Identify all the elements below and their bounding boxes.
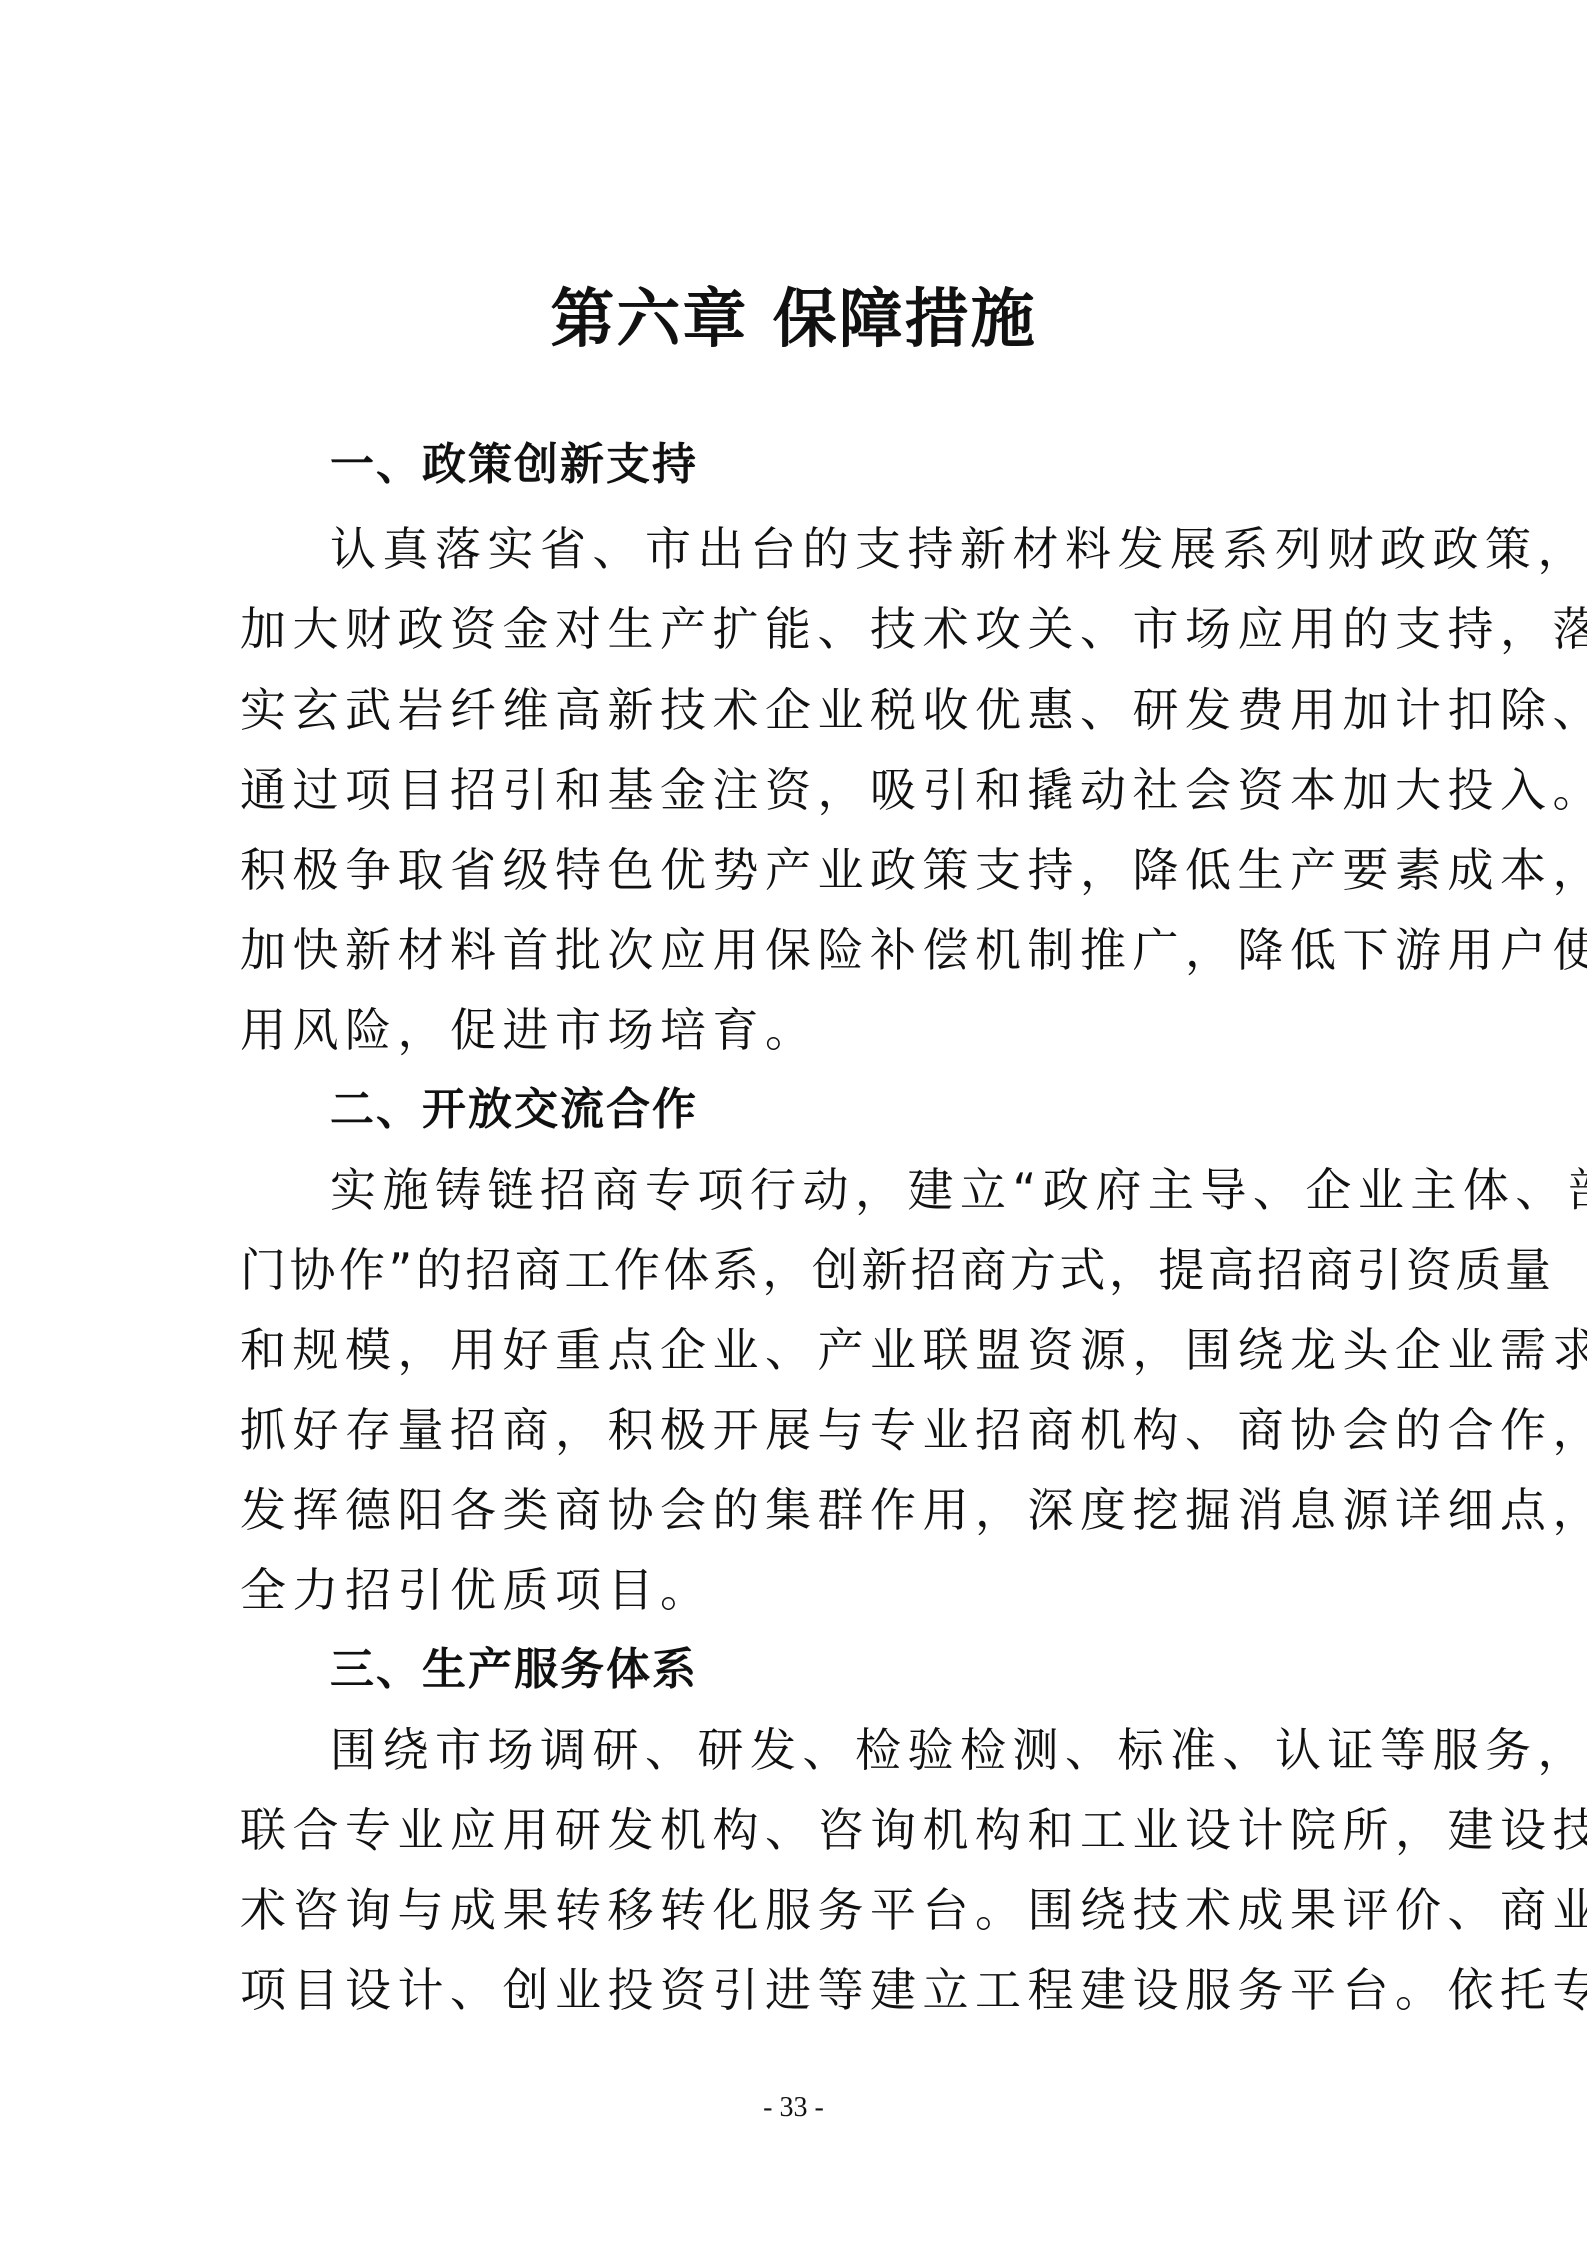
paragraph-line: 加快新材料首批次应用保险补偿机制推广，降低下游用户使	[240, 920, 1370, 980]
chapter-title: 第六章 保障措施	[0, 282, 1587, 358]
paragraph-line: 和规模，用好重点企业、产业联盟资源，围绕龙头企业需求	[240, 1320, 1370, 1380]
section-heading-1: 一、政策创新支持	[330, 435, 1460, 495]
paragraph-line: 加大财政资金对生产扩能、技术攻关、市场应用的支持，落	[240, 599, 1370, 659]
paragraph-line: 用风险，促进市场培育。	[240, 1000, 1370, 1060]
paragraph-line: 发挥德阳各类商协会的集群作用，深度挖掘消息源详细点，	[240, 1480, 1370, 1540]
page-number: - 33 -	[0, 2090, 1587, 2126]
paragraph-line: 积极争取省级特色优势产业政策支持，降低生产要素成本，	[240, 840, 1370, 900]
paragraph-line: 联合专业应用研发机构、咨询机构和工业设计院所，建设技	[240, 1800, 1370, 1860]
paragraph-line: 实玄武岩纤维高新技术企业税收优惠、研发费用加计扣除、	[240, 680, 1370, 740]
paragraph-line: 全力招引优质项目。	[240, 1560, 1370, 1620]
paragraph-line: 认真落实省、市出台的支持新材料发展系列财政政策，	[330, 519, 1370, 579]
paragraph-line: 抓好存量招商，积极开展与专业招商机构、商协会的合作，	[240, 1400, 1370, 1460]
section-heading-3: 三、生产服务体系	[330, 1640, 1460, 1700]
paragraph-line: 门协作”的招商工作体系，创新招商方式，提高招商引资质量	[240, 1240, 1370, 1300]
section-heading-2: 二、开放交流合作	[330, 1080, 1460, 1140]
paragraph-line: 项目设计、创业投资引进等建立工程建设服务平台。依托专	[240, 1960, 1370, 2020]
paragraph-line: 通过项目招引和基金注资，吸引和撬动社会资本加大投入。	[240, 760, 1370, 820]
document-page: 第六章 保障措施 一、政策创新支持 认真落实省、市出台的支持新材料发展系列财政政…	[0, 0, 1587, 2245]
paragraph-line: 围绕市场调研、研发、检验检测、标准、认证等服务，	[330, 1720, 1370, 1780]
paragraph-line: 实施铸链招商专项行动，建立“政府主导、企业主体、部	[330, 1160, 1370, 1220]
paragraph-line: 术咨询与成果转移转化服务平台。围绕技术成果评价、商业	[240, 1880, 1370, 1940]
